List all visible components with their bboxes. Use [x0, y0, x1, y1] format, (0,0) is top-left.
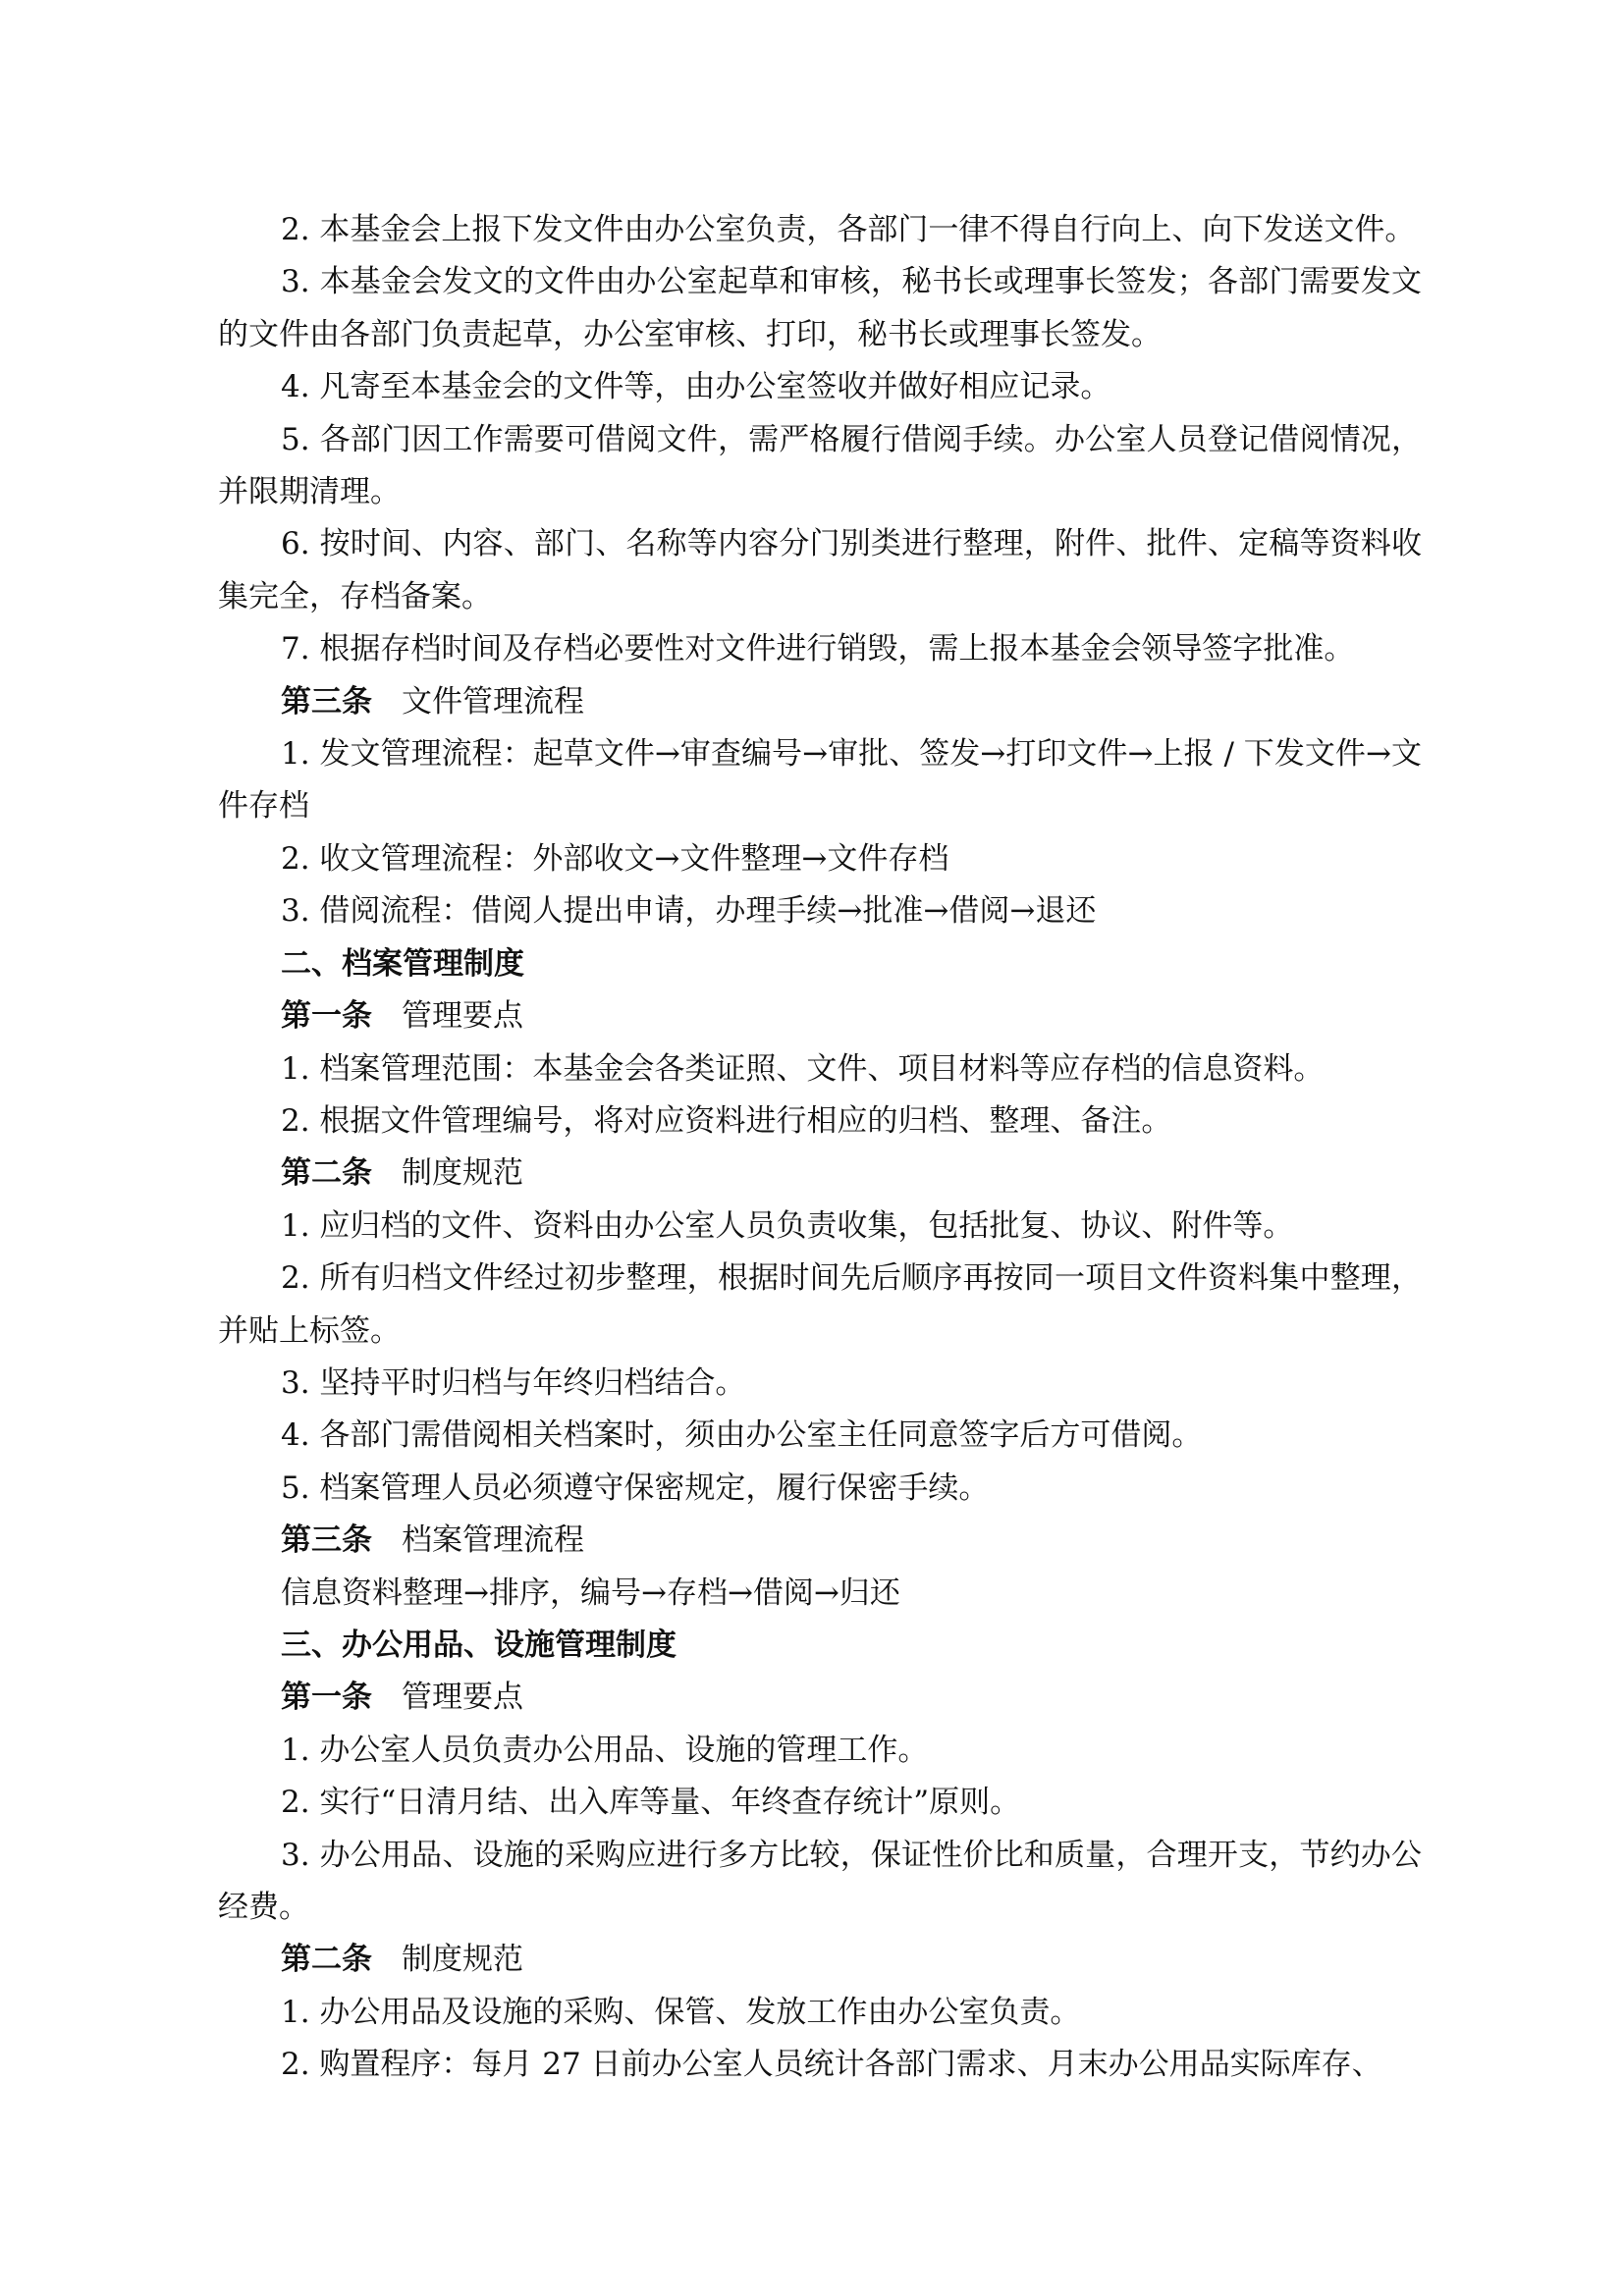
paragraph: 2. 收文管理流程：外部收文→文件整理→文件存档 — [218, 833, 1422, 885]
paragraph: 4. 凡寄至本基金会的文件等，由办公室签收并做好相应记录。 — [218, 361, 1422, 413]
article-heading: 第二条制度规范 — [218, 1934, 1422, 1986]
article-title: 文件管理流程 — [402, 684, 584, 720]
article-title: 管理要点 — [402, 998, 523, 1034]
article-label: 第二条 — [281, 1155, 372, 1191]
article-title: 制度规范 — [402, 1942, 523, 1977]
paragraph: 2. 所有归档文件经过初步整理，根据时间先后顺序再按同一项目文件资料集中整理，并… — [218, 1253, 1422, 1358]
article-title: 制度规范 — [402, 1155, 523, 1191]
article-label: 第一条 — [281, 1680, 372, 1715]
paragraph: 1. 应归档的文件、资料由办公室人员负责收集，包括批复、协议、附件等。 — [218, 1201, 1422, 1253]
paragraph: 1. 办公室人员负责办公用品、设施的管理工作。 — [218, 1725, 1422, 1777]
paragraph: 7. 根据存档时间及存档必要性对文件进行销毁，需上报本基金会领导签字批准。 — [218, 623, 1422, 675]
article-heading: 第三条文件管理流程 — [218, 676, 1422, 728]
paragraph: 3. 办公用品、设施的采购应进行多方比较，保证性价比和质量，合理开支，节约办公经… — [218, 1830, 1422, 1935]
article-heading: 第三条档案管理流程 — [218, 1515, 1422, 1567]
paragraph: 2. 购置程序：每月 27 日前办公室人员统计各部门需求、月末办公用品实际库存、 — [218, 2039, 1422, 2091]
paragraph: 2. 本基金会上报下发文件由办公室负责，各部门一律不得自行向上、向下发送文件。 — [218, 204, 1422, 256]
article-label: 第三条 — [281, 1522, 372, 1558]
paragraph: 1. 档案管理范围：本基金会各类证照、文件、项目材料等应存档的信息资料。 — [218, 1043, 1422, 1095]
article-heading: 第一条管理要点 — [218, 1672, 1422, 1724]
section-heading: 二、档案管理制度 — [218, 938, 1422, 990]
article-label: 第一条 — [281, 998, 372, 1034]
paragraph: 信息资料整理→排序，编号→存档→借阅→归还 — [218, 1568, 1422, 1620]
paragraph: 2. 根据文件管理编号，将对应资料进行相应的归档、整理、备注。 — [218, 1095, 1422, 1148]
article-label: 第二条 — [281, 1942, 372, 1977]
paragraph: 1. 发文管理流程：起草文件→审查编号→审批、签发→打印文件→上报 / 下发文件… — [218, 728, 1422, 833]
article-title: 管理要点 — [402, 1680, 523, 1715]
paragraph: 3. 本基金会发文的文件由办公室起草和审核，秘书长或理事长签发；各部门需要发文的… — [218, 256, 1422, 361]
paragraph: 4. 各部门需借阅相关档案时，须由办公室主任同意签字后方可借阅。 — [218, 1410, 1422, 1462]
paragraph: 3. 坚持平时归档与年终归档结合。 — [218, 1358, 1422, 1410]
paragraph: 1. 办公用品及设施的采购、保管、发放工作由办公室负责。 — [218, 1987, 1422, 2039]
paragraph: 6. 按时间、内容、部门、名称等内容分门别类进行整理，附件、批件、定稿等资料收集… — [218, 518, 1422, 623]
section-heading: 三、办公用品、设施管理制度 — [218, 1620, 1422, 1672]
article-heading: 第二条制度规范 — [218, 1148, 1422, 1200]
article-title: 档案管理流程 — [402, 1522, 584, 1558]
document-page: 2. 本基金会上报下发文件由办公室负责，各部门一律不得自行向上、向下发送文件。 … — [218, 204, 1422, 2092]
paragraph: 3. 借阅流程：借阅人提出申请，办理手续→批准→借阅→退还 — [218, 885, 1422, 937]
paragraph: 5. 各部门因工作需要可借阅文件，需严格履行借阅手续。办公室人员登记借阅情况，并… — [218, 414, 1422, 519]
article-heading: 第一条管理要点 — [218, 990, 1422, 1042]
paragraph: 5. 档案管理人员必须遵守保密规定，履行保密手续。 — [218, 1463, 1422, 1515]
paragraph: 2. 实行“日清月结、出入库等量、年终查存统计”原则。 — [218, 1777, 1422, 1829]
article-label: 第三条 — [281, 684, 372, 720]
